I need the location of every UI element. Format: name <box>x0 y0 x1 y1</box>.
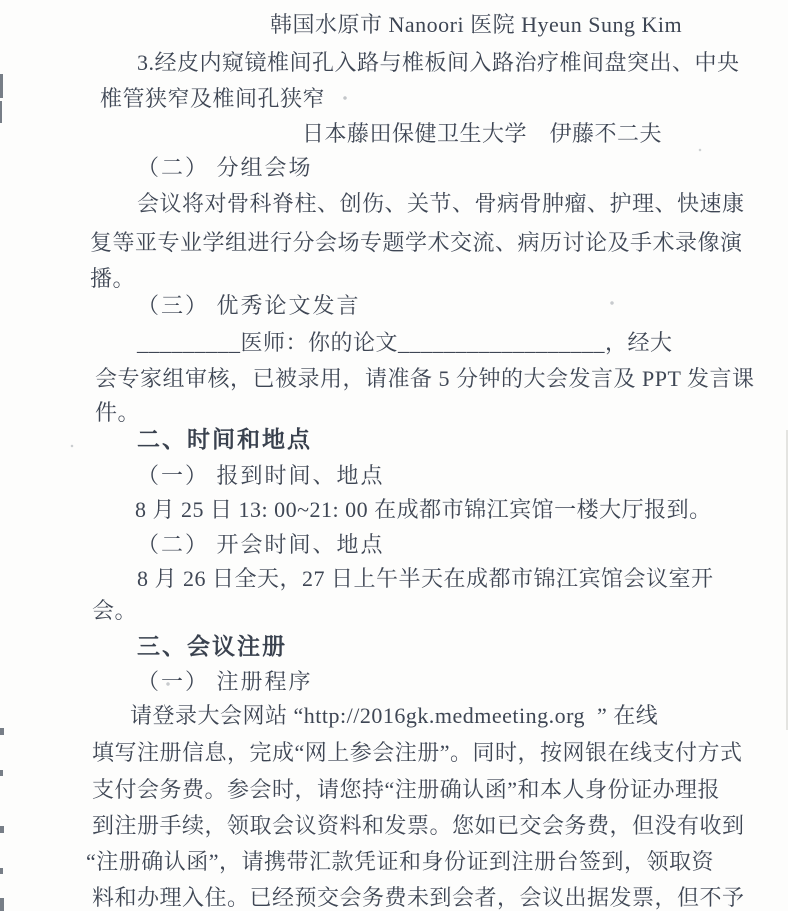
registration-line: 支付会务费。参会时，请您持“注册确认函”和本人身份证办理报 <box>92 775 720 805</box>
checkin-details: 8 月 25 日 13: 00~21: 00 在成都市锦江宾馆一楼大厅报到。 <box>135 495 712 525</box>
subheading-best-papers: （三） 优秀论文发言 <box>137 291 361 321</box>
registration-line: 到注册手续，领取会议资料和发票。您如已交会务费，但没有收到 <box>92 811 745 841</box>
scan-edge-artifact <box>0 826 4 833</box>
paragraph-line: 复等亚专业学组进行分会场专题学术交流、病历讨论及手术录像演 <box>90 228 743 258</box>
paragraph-line: 播。 <box>90 264 135 294</box>
subheading-group-sessions: （二） 分组会场 <box>137 153 313 183</box>
registration-line: 请登录大会网站 “http://2016gk.medmeeting.org ” … <box>130 701 658 731</box>
registration-line: 料和办理入住。已经预交会务费未到会者，会议出据发票，但不予 <box>92 883 745 911</box>
subheading-meeting-time: （二） 开会时间、地点 <box>137 530 385 560</box>
registration-line: 填写注册信息，完成“网上参会注册”。同时，按网银在线支付方式 <box>92 738 743 768</box>
paragraph-line: 会议将对骨科脊柱、创伤、关节、骨病骨肿瘤、护理、快速康 <box>137 189 745 219</box>
speaker-affiliation-japan: 日本藤田保健卫生大学 伊藤不二夫 <box>302 119 662 149</box>
heading-registration: 三、会议注册 <box>137 631 287 661</box>
meeting-details-line: 会。 <box>92 596 137 626</box>
scan-edge-artifact <box>0 728 4 735</box>
heading-time-and-place: 二、时间和地点 <box>137 424 312 454</box>
paragraph-line: 件。 <box>95 398 140 428</box>
meeting-details-line: 8 月 26 日全天，27 日上午半天在成都市锦江宾馆会议室开 <box>137 564 714 594</box>
subheading-checkin: （一） 报到时间、地点 <box>137 461 385 491</box>
fill-in-blank-line: _________医师：你的论文__________________，经大 <box>137 328 673 358</box>
talk-title-line: 3.经皮内窥镜椎间孔入路与椎板间入路治疗椎间盘突出、中央 <box>137 48 740 78</box>
registration-line: “注册确认函”，请携带汇款凭证和身份证到注册台签到，领取资 <box>86 847 714 877</box>
scan-edge-artifact <box>0 868 3 874</box>
talk-title-line: 椎管狭窄及椎间孔狭窄 <box>100 84 325 114</box>
speaker-affiliation-korea: 韩国水原市 Nanoori 医院 Hyeun Sung Kim <box>270 10 682 40</box>
paragraph-line: 会专家组审核，已被录用，请准备 5 分钟的大会发言及 PPT 发言课 <box>95 364 755 394</box>
scan-edge-artifact <box>0 101 2 123</box>
subheading-reg-procedure: （一） 注册程序 <box>137 667 313 697</box>
scan-edge-artifact <box>0 898 4 911</box>
scan-edge-artifact <box>0 74 3 98</box>
scan-edge-artifact <box>0 770 3 776</box>
scanned-document-page: 韩国水原市 Nanoori 医院 Hyeun Sung Kim 3.经皮内窥镜椎… <box>0 0 788 911</box>
